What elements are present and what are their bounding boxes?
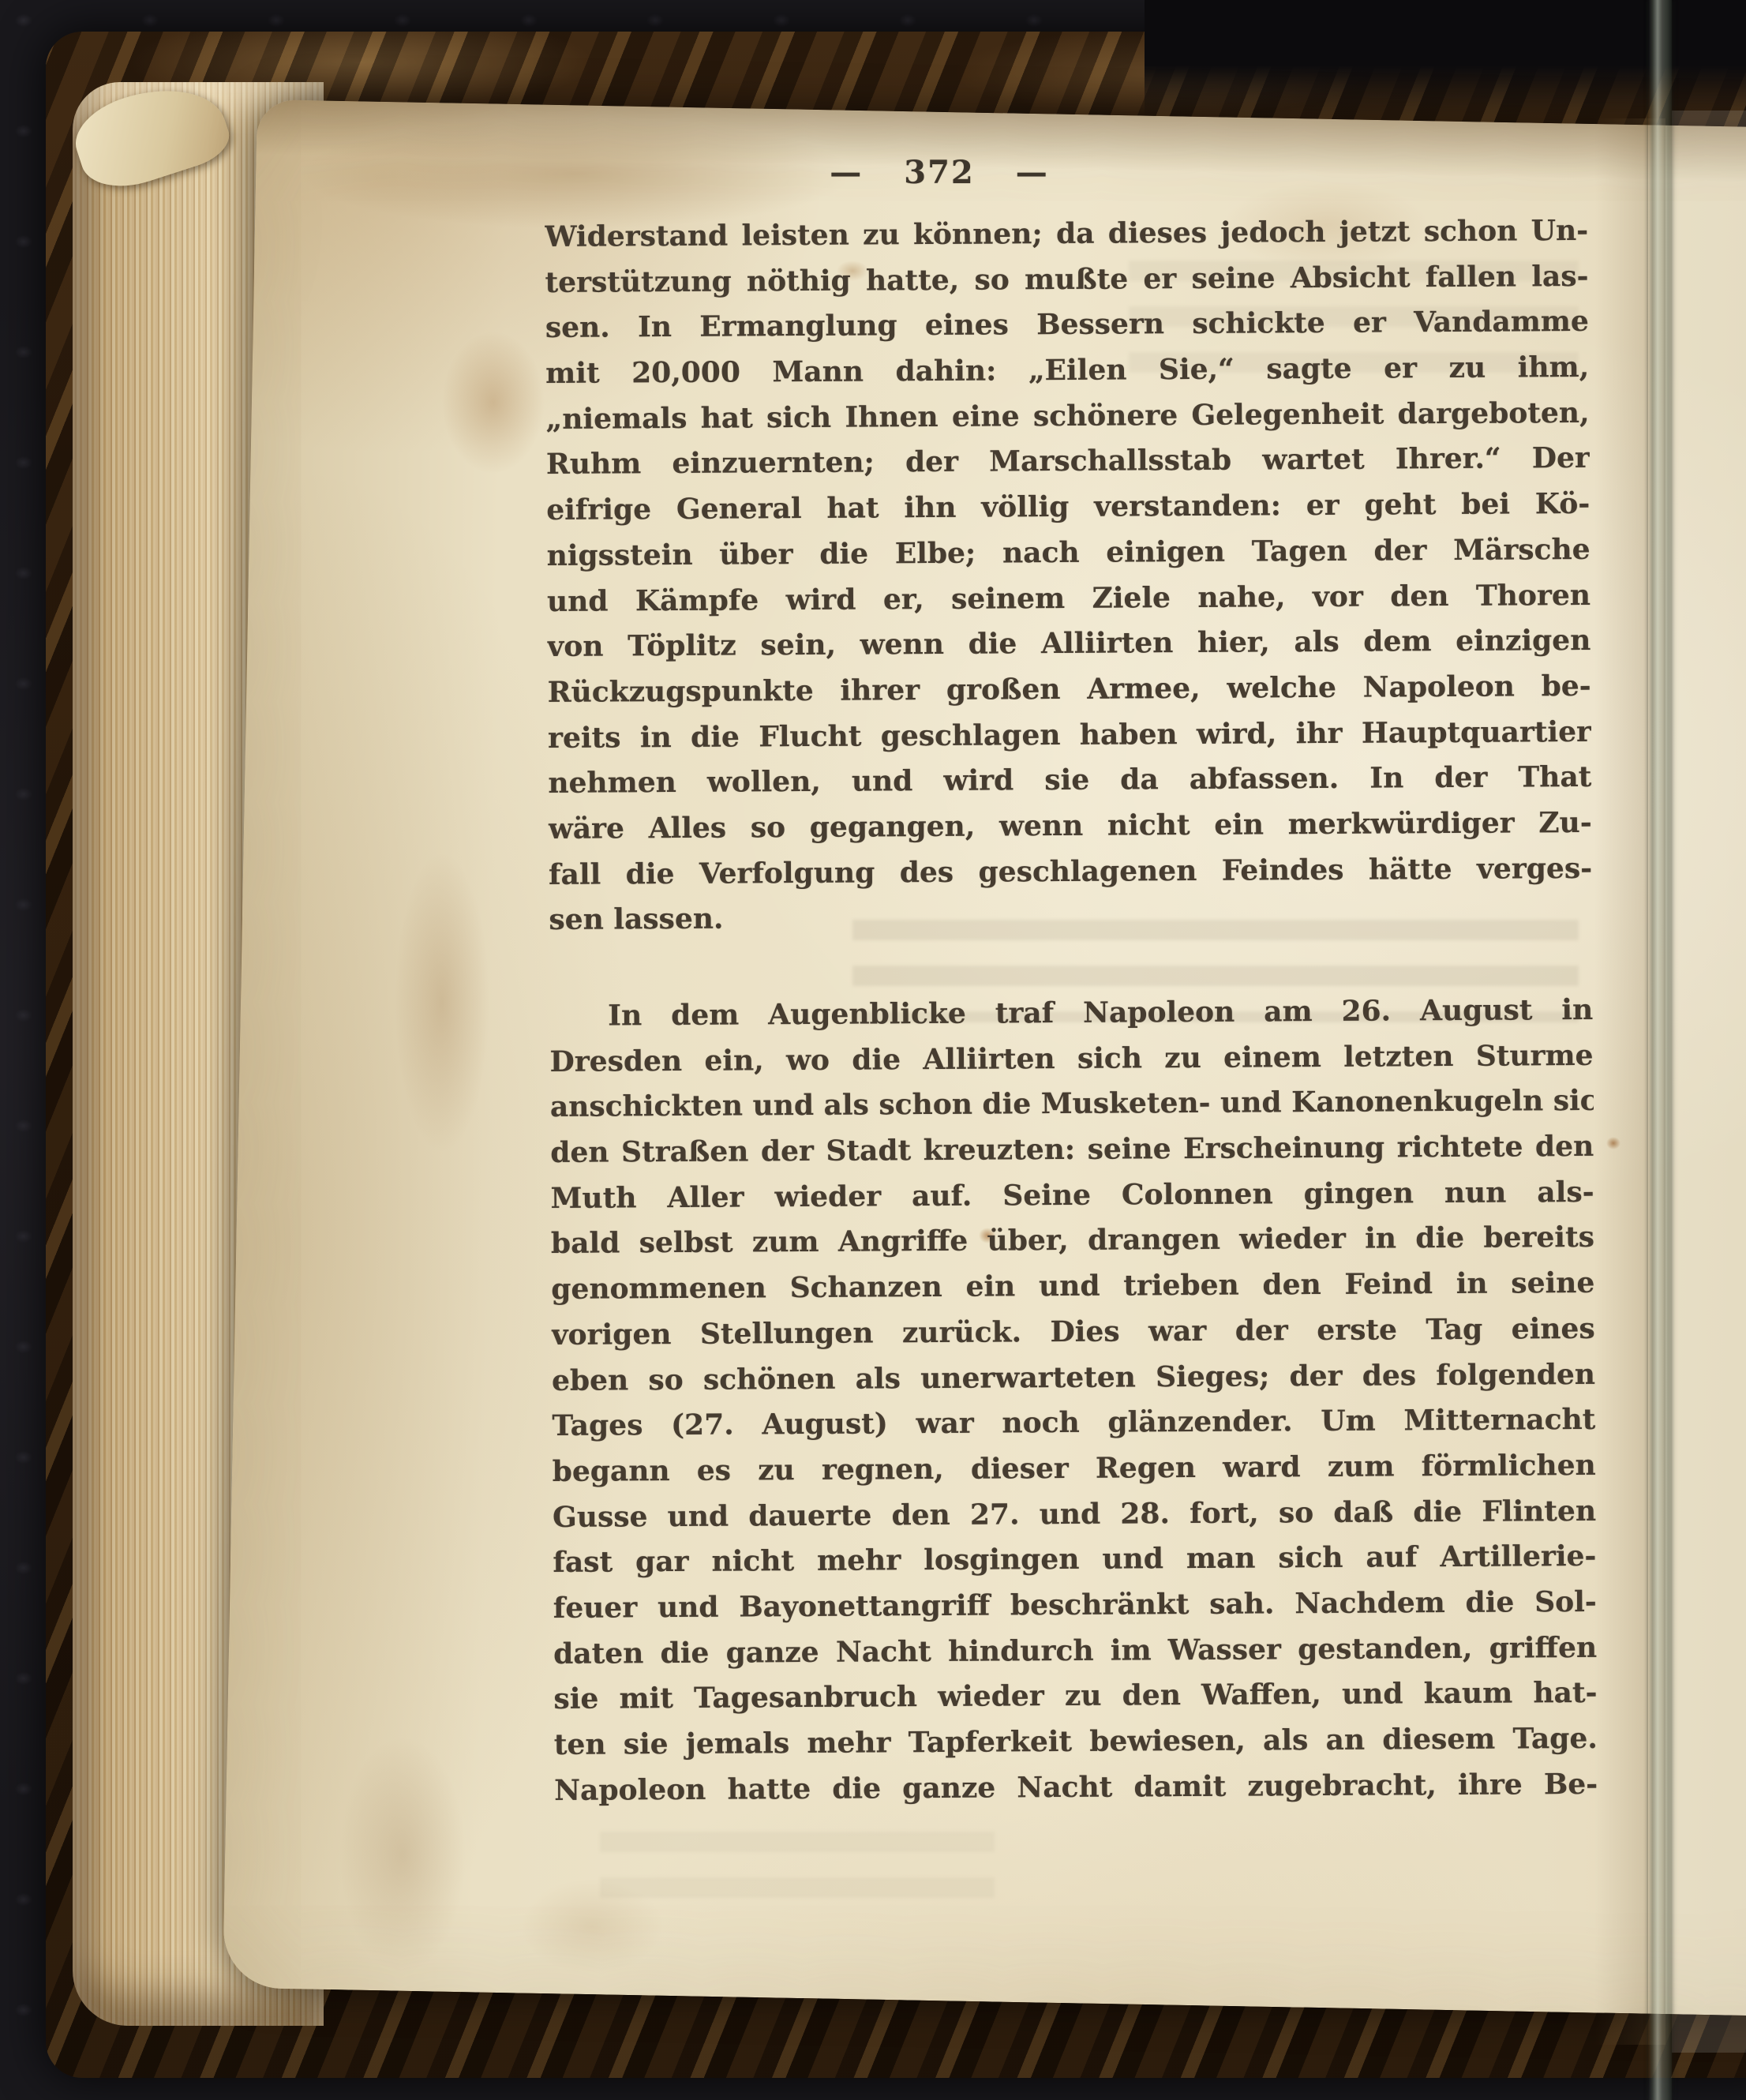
text-line: Tages (27. August) war noch glänzender. … bbox=[552, 1397, 1595, 1449]
text-line: mit 20,000 Mann dahin: „Eilen Sie,“ sagt… bbox=[545, 345, 1589, 397]
text-line: Dresden ein, wo die Alliirten sich zu ei… bbox=[549, 1033, 1593, 1086]
text-line: sie mit Tagesanbruch wieder zu den Waffe… bbox=[553, 1671, 1597, 1723]
text-line: sen lassen. bbox=[549, 891, 1592, 943]
page-number: 372 bbox=[904, 154, 975, 191]
facing-page-edge bbox=[1672, 111, 1746, 2053]
text-line: fall die Verfolgung des geschlagenen Fei… bbox=[549, 846, 1592, 898]
text-line: nehmen wollen, und wird sie da abfassen.… bbox=[548, 755, 1591, 807]
text-line: reits in die Flucht geschlagen haben wir… bbox=[548, 709, 1591, 761]
text-line: und Kämpfe wird er, seinem Ziele nahe, v… bbox=[547, 572, 1591, 624]
text-line: ten sie jemals mehr Tapferkeit bewiesen,… bbox=[554, 1716, 1598, 1768]
book-photo: — 372 — Widerstand leisten zu können; da… bbox=[0, 0, 1746, 2100]
text-line: Gusse und dauerte den 27. und 28. fort, … bbox=[553, 1488, 1596, 1540]
paragraph: Widerstand leisten zu können; da dieses … bbox=[545, 208, 1593, 943]
text-line: eben so schönen als unerwarteten Sieges;… bbox=[552, 1352, 1595, 1404]
text-line: den Straßen der Stadt kreuzten: seine Er… bbox=[550, 1124, 1594, 1176]
text-line: Widerstand leisten zu können; da dieses … bbox=[545, 208, 1588, 261]
text-line: Muth Aller wieder auf. Seine Colonnen gi… bbox=[550, 1170, 1594, 1222]
text-line: Rückzugspunkte ihrer großen Armee, welch… bbox=[548, 664, 1591, 716]
glass-holding-strip bbox=[1648, 0, 1672, 2100]
text-line: anschickten und als schon die Musketen- … bbox=[550, 1078, 1594, 1131]
text-line: bald selbst zum Angriffe über, drangen w… bbox=[551, 1215, 1594, 1267]
text-line: feuer und Bayonettangriff beschränkt sah… bbox=[553, 1580, 1597, 1632]
text-line: „niemals hat sich Ihnen eine schönere Ge… bbox=[545, 391, 1589, 443]
text-line: daten die ganze Nacht hindurch im Wasser… bbox=[553, 1626, 1597, 1678]
text-line: terstützung nöthig hatte, so mußte er se… bbox=[545, 254, 1588, 306]
text-line: Napoleon hatte die ganze Nacht damit zug… bbox=[554, 1762, 1598, 1814]
text-line: wäre Alles so gegangen, wenn nicht ein m… bbox=[549, 801, 1592, 853]
text-block: Widerstand leisten zu können; da dieses … bbox=[545, 208, 1598, 1813]
text-line: fast gar nicht mehr losgingen und man si… bbox=[553, 1534, 1596, 1586]
text-line: von Töplitz sein, wenn die Alliirten hie… bbox=[547, 618, 1591, 670]
text-line: Ruhm einzuernten; der Marschallsstab war… bbox=[546, 436, 1590, 488]
text-line: eifrige General hat ihn völlig verstande… bbox=[546, 482, 1590, 534]
paragraph: In dem Augenblicke traf Napoleon am 26. … bbox=[549, 988, 1598, 1813]
text-line: genommenen Schanzen ein und trieben den … bbox=[551, 1261, 1594, 1313]
page-header: — 372 — bbox=[545, 148, 1334, 196]
text-line: nigsstein über die Elbe; nach einigen Ta… bbox=[546, 527, 1590, 579]
text-line: sen. In Ermanglung eines Bessern schickt… bbox=[545, 299, 1589, 351]
text-line: vorigen Stellungen zurück. Dies war der … bbox=[551, 1307, 1594, 1359]
header-left-dash: — bbox=[830, 154, 863, 191]
header-right-dash: — bbox=[1016, 154, 1049, 191]
text-line: begann es zu regnen, dieser Regen ward z… bbox=[553, 1443, 1596, 1495]
text-line: In dem Augenblicke traf Napoleon am 26. … bbox=[549, 988, 1593, 1040]
